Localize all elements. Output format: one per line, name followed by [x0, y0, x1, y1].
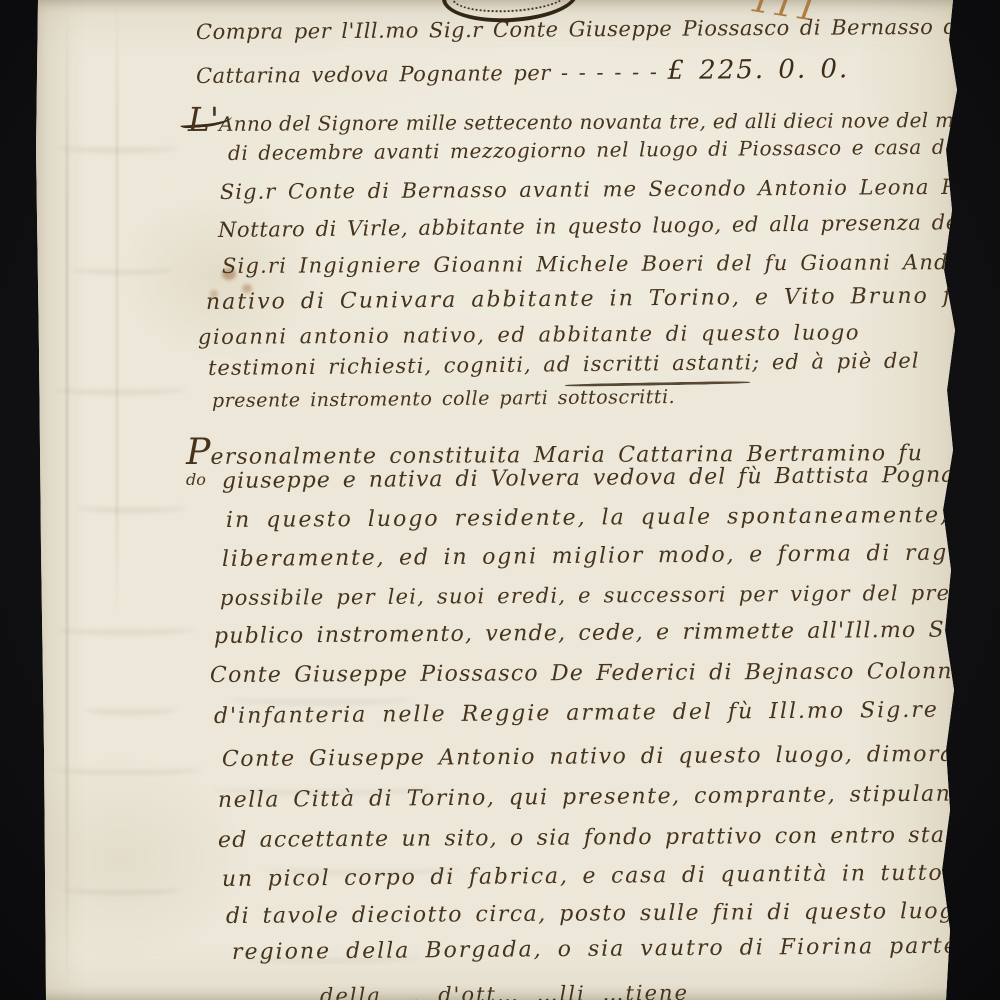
- manuscript-line: Sig.r Conte di Bernasso avanti me Second…: [220, 174, 1000, 204]
- manuscript-line: gioanni antonio nativo, ed abbitante di …: [198, 320, 860, 349]
- photo-background: 111 Compra per l'Ill.mo Sig.r Conte Gius…: [0, 0, 1000, 1000]
- manuscript-line: testimoni richiesti, cogniti, ad iscritt…: [208, 349, 920, 380]
- bleed-through-texture: [56, 622, 196, 634]
- manuscript-line: Conte Giuseppe Antonio nativo di questo …: [222, 742, 995, 772]
- manuscript-line: un picol corpo di fabrica, e casa di qua…: [222, 860, 981, 892]
- crease-line: [66, 0, 68, 1000]
- manuscript-line: nativo di Cunivara abbitante in Torino, …: [206, 283, 969, 315]
- manuscript-line-partial: della … d'ott… …lli …tiene: [320, 981, 689, 1000]
- header-text: Cattarina vedova Pognante per - - - - - …: [196, 60, 658, 88]
- crease-line: [116, 0, 118, 620]
- bleed-through-texture: [52, 762, 202, 774]
- manuscript-line: publico instromento, vende, cede, e rimm…: [214, 617, 989, 649]
- manuscript-line: in questo luogo residente, la quale spon…: [226, 503, 979, 533]
- manuscript-line: L'Anno del Signore mille settecento nova…: [188, 96, 989, 139]
- bleed-through-texture: [54, 382, 186, 394]
- manuscript-line: d'infanteria nelle Reggie armate del fù …: [214, 698, 939, 729]
- bleed-through-texture: [62, 882, 182, 894]
- bleed-through-texture: [85, 702, 177, 714]
- manuscript-line: di tavole dieciotto circa, posto sulle f…: [226, 899, 970, 929]
- bleed-through-texture: [58, 140, 178, 152]
- bleed-through-texture: [72, 262, 172, 274]
- manuscript-line: presente instromento colle parti sottosc…: [212, 386, 675, 412]
- manuscript-line: liberamente, ed in ogni miglior modo, e …: [222, 540, 988, 572]
- margin-note: do: [186, 470, 206, 489]
- price-amount: £ 225. 0. 0.: [667, 54, 849, 86]
- seal-inner-ring: [451, 0, 569, 15]
- bleed-through-texture: [76, 500, 186, 512]
- manuscript-line: Conte Giuseppe Piossasco De Federici di …: [210, 659, 998, 688]
- manuscript-page: 111 Compra per l'Ill.mo Sig.r Conte Gius…: [30, 0, 970, 1000]
- manuscript-line: ed accettante un sito, o sia fondo pratt…: [218, 823, 985, 853]
- manuscript-line: Cattarina vedova Pognante per - - - - - …: [196, 54, 850, 90]
- manuscript-line: possibile per lei, suoi eredi, e success…: [220, 580, 1000, 610]
- manuscript-line: Compra per l'Ill.mo Sig.r Conte Giuseppe…: [196, 14, 1000, 44]
- manuscript-line: di decembre avanti mezzogiorno nel luogo…: [228, 134, 1000, 165]
- manuscript-line: nella Città di Torino, qui presente, com…: [218, 781, 976, 813]
- manuscript-line: regione della Borgada, o sia vautro di F…: [232, 934, 959, 965]
- manuscript-line: Sig.ri Ingigniere Gioanni Michele Boeri …: [222, 250, 987, 278]
- manuscript-line: giuseppe e nativa di Volvera vedova del …: [222, 462, 995, 494]
- manuscript-line: Nottaro di Virle, abbitante in questo lu…: [218, 210, 1000, 242]
